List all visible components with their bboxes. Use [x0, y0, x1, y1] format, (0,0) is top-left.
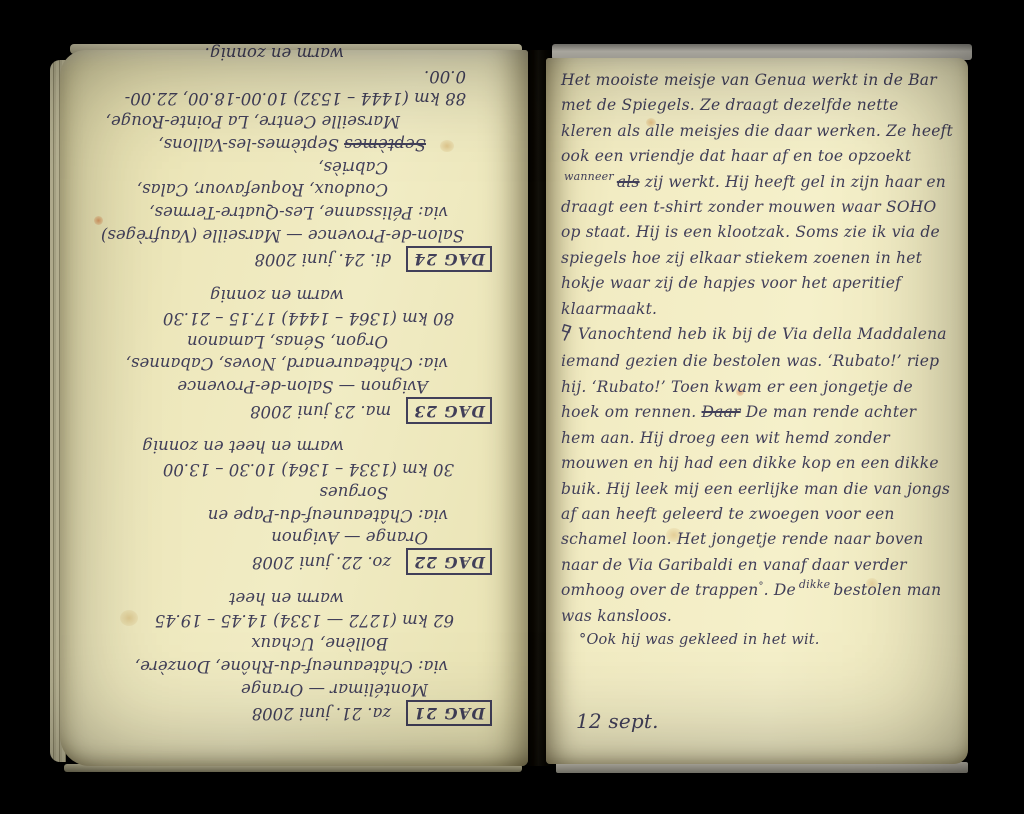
journal-entry-dag24: DAG 24 di. 24. juni 2008 Salon-de-Proven…	[86, 41, 492, 272]
day-badge: DAG 21	[406, 700, 492, 726]
distance-time-line: 80 km (1364 – 1444) 17.15 – 21.30	[86, 306, 454, 329]
via-line: via: Châteaurenard, Noves, Cabannes,	[86, 352, 448, 375]
crossed-out-word: Septèmes	[344, 135, 426, 154]
via-line-3: Septèmes Septèmes-les-Vallons,	[86, 132, 426, 155]
right-page-content: Het mooiste meisje van Genua werkt in de…	[546, 58, 968, 764]
via-line-2: Sorgues	[86, 480, 388, 503]
weather-line: warm en zonnig	[86, 283, 344, 306]
day-badge: DAG 23	[406, 397, 492, 423]
weather-line: warm en zonnig.	[86, 41, 344, 64]
day-badge: DAG 24	[406, 246, 492, 272]
journal-entry-dag21: DAG 21 za. 21. juni 2008 Montélimar — Or…	[86, 586, 492, 726]
via-line: via: Châteauneuf-du-Pape en	[86, 503, 448, 526]
entry-header: DAG 22 zo. 22. juni 2008	[86, 548, 492, 574]
inserted-word: wanneer	[564, 168, 614, 186]
via-line: via: Pélissanne, Les-Quatre-Termes,	[86, 200, 448, 223]
footnote-line: °Ook hij was gekleed in het wit.	[579, 629, 953, 653]
distance-time-line: 88 km (1444 – 1532) 10.00-18.00, 22.00-0…	[86, 64, 466, 110]
entry-header: DAG 21 za. 21. juni 2008	[86, 700, 492, 726]
entry-date-note: 12 sept.	[576, 705, 659, 738]
entry-date: za. 21. juni 2008	[252, 704, 391, 723]
distance-time-line: 62 km (1272 — 1334) 14.45 – 19.45	[86, 609, 454, 632]
crossed-out-word: als	[617, 173, 640, 191]
weather-line: warm en heet	[86, 586, 344, 609]
route-line: Montélimar — Orange	[86, 677, 428, 700]
journal-entry-dag22: DAG 22 zo. 22. juni 2008 Orange — Avigno…	[86, 435, 492, 575]
flag-icon	[561, 324, 574, 349]
via-line-2: Coudoux, Roquefavour, Calas, Cabriès,	[86, 155, 388, 201]
route-line: Salon-de-Provence — Marseille (Vaufrèges…	[86, 223, 464, 246]
entry-header: DAG 23 ma. 23 juni 2008	[86, 397, 492, 423]
left-page-content-upside-down: DAG 21 za. 21. juni 2008 Montélimar — Or…	[60, 50, 528, 766]
route-line: Orange — Avignon	[86, 526, 428, 549]
crossed-out-word: Daar	[702, 403, 741, 421]
weather-line: warm en heet en zonnig	[86, 435, 344, 458]
entry-date: ma. 23 juni 2008	[250, 402, 391, 421]
paragraph-text: De man rende achter hem aan. Hij droeg e…	[561, 403, 950, 599]
left-page: DAG 21 za. 21. juni 2008 Montélimar — Or…	[60, 50, 528, 766]
route-line: Avignon — Salon-de-Provence	[86, 374, 428, 397]
diary-paragraph-1: Het mooiste meisje van Genua werkt in de…	[561, 68, 953, 322]
paragraph-text: zij werkt. Hij heeft gel in zijn haar en…	[561, 173, 946, 318]
via-line-4: Marseille Centre, La Pointe-Rouge,	[86, 109, 400, 132]
entry-date: zo. 22. juni 2008	[252, 553, 391, 572]
via-line: via: Châteauneuf-du-Rhône, Donzère,	[86, 654, 448, 677]
via-line-2: Orgon, Sénas, Lamanon	[86, 329, 388, 352]
entry-header: DAG 24 di. 24. juni 2008	[86, 246, 492, 272]
day-badge: DAG 22	[406, 548, 492, 574]
right-page: Het mooiste meisje van Genua werkt in de…	[546, 58, 968, 764]
via-line-3-text: Septèmes-les-Vallons,	[158, 135, 344, 154]
notebook-photo: DAG 21 za. 21. juni 2008 Montélimar — Or…	[0, 0, 1024, 814]
diary-paragraph-2: Vanochtend heb ik bij de Via della Madda…	[561, 322, 953, 629]
journal-entry-dag23: DAG 23 ma. 23 juni 2008 Avignon — Salon-…	[86, 283, 492, 423]
paragraph-text: . De	[764, 581, 796, 599]
via-line-2: Bollène, Uchaux	[86, 631, 388, 654]
entry-date: di. 24. juni 2008	[254, 250, 391, 269]
paragraph-text: Het mooiste meisje van Genua werkt in de…	[561, 71, 953, 165]
inserted-word: dikke	[799, 576, 830, 594]
distance-time-line: 30 km (1334 – 1364) 10.30 – 13.00	[86, 457, 454, 480]
